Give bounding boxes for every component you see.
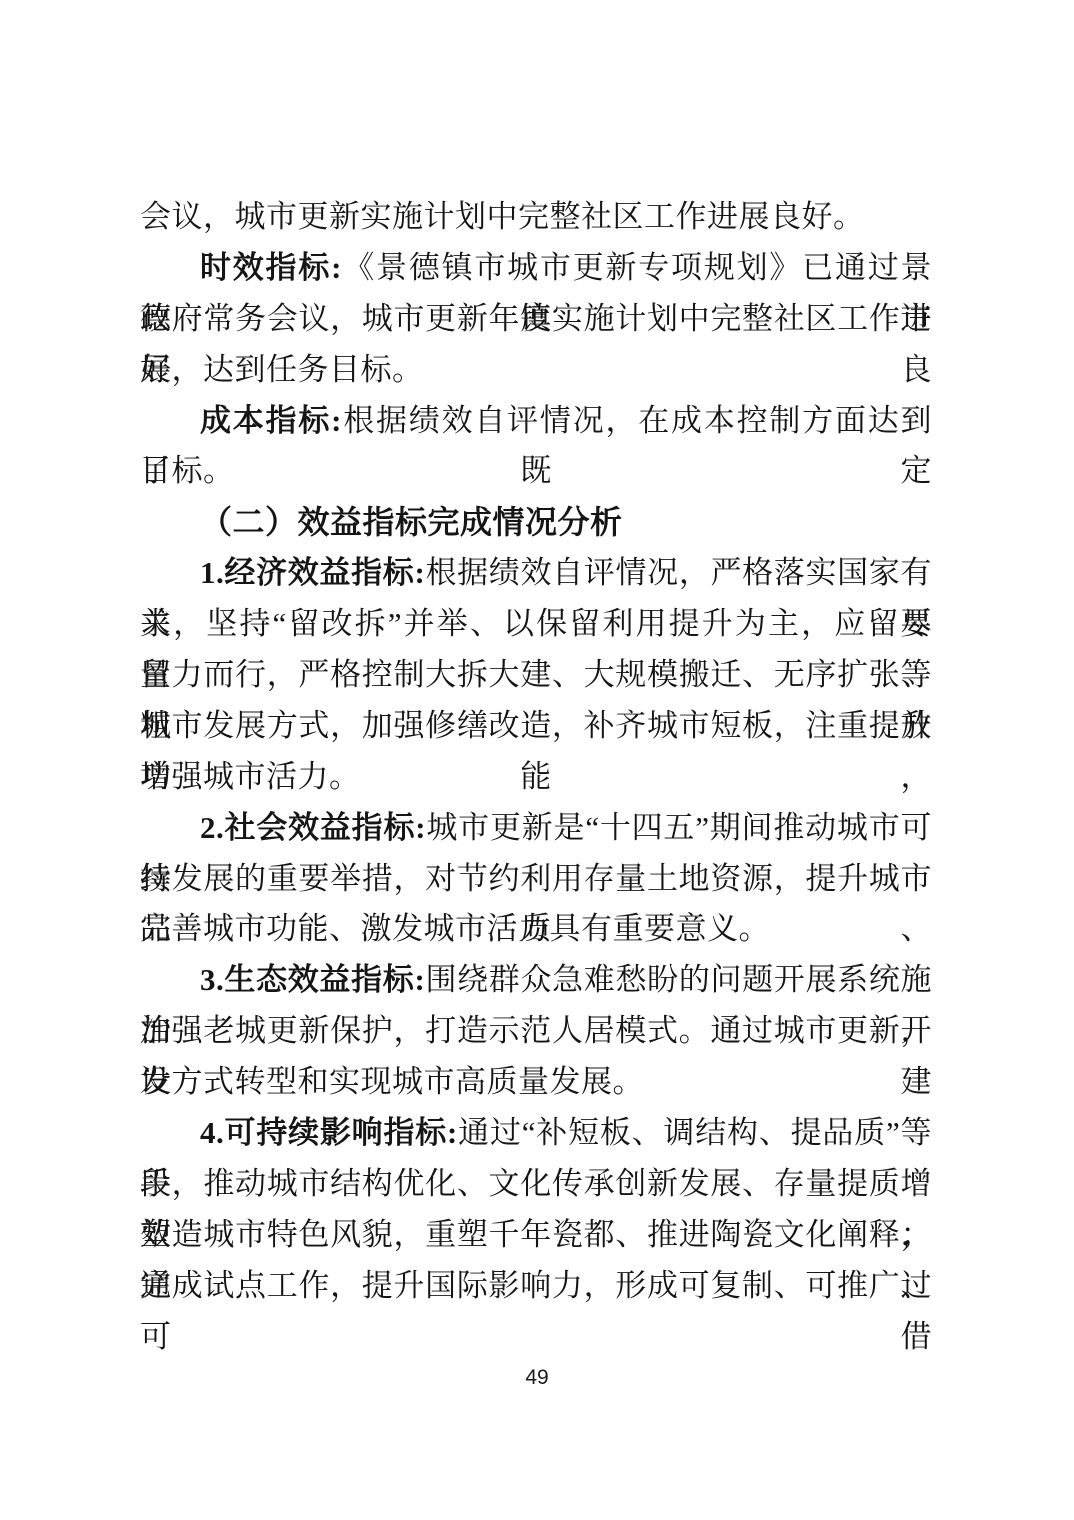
text-segment: 好，达到任务目标。 [140, 352, 424, 387]
text-line: 段，推动城市结构优化、文化传承创新发展、存量提质增效， [140, 1159, 932, 1210]
text-line: 4.可持续影响指标:通过“补短板、调结构、提品质”等手 [140, 1108, 932, 1159]
text-line: 1.经济效益指标:根据绩效自评情况，严格落实国家有关要 [140, 548, 932, 599]
text-line: 量力而行，严格控制大拆大建、大规模搬迁、无序扩张等粗放 [140, 650, 932, 701]
document-body: 会议，城市更新实施计划中完整社区工作进展良好。时效指标:《景德镇市城市更新专项规… [140, 192, 932, 1312]
text-line: 政府常务会议，城市更新年度实施计划中完整社区工作进展良 [140, 294, 932, 345]
page-number: 49 [0, 1366, 1074, 1390]
text-segment: 设方式转型和实现城市高质量发展。 [140, 1064, 644, 1099]
section-heading: （二）效益指标完成情况分析 [140, 497, 932, 548]
bold-label: 2.社会效益指标: [200, 810, 426, 845]
text-line: 城市发展方式，加强修缮改造，补齐城市短板，注重提升功能， [140, 701, 932, 752]
text-segment: 完善城市功能、激发城市活力具有重要意义。 [140, 911, 770, 946]
text-line: 3.生态效益指标:围绕群众急难愁盼的问题开展系统施治， [140, 955, 932, 1006]
text-line: 塑造城市特色风貌，重塑千年瓷都、推进陶瓷文化阐释；通过 [140, 1210, 932, 1261]
bold-label: 3.生态效益指标: [200, 962, 425, 997]
bold-label: 1.经济效益指标: [200, 555, 425, 590]
text-line: 求，坚持“留改拆”并举、以保留利用提升为主，应留尽留、 [140, 599, 932, 650]
text-line: 加强老城更新保护，打造示范人居模式。通过城市更新开发建 [140, 1006, 932, 1057]
bold-label: 时效指标: [200, 250, 342, 285]
document-page: 会议，城市更新实施计划中完整社区工作进展良好。时效指标:《景德镇市城市更新专项规… [0, 0, 1074, 1520]
text-segment: 增强城市活力。 [140, 759, 361, 794]
text-segment: 完成试点工作，提升国际影响力，形成可复制、可推广、可借 [140, 1268, 932, 1354]
text-line: 完成试点工作，提升国际影响力，形成可复制、可推广、可借 [140, 1261, 932, 1312]
text-line: 续发展的重要举措，对节约利用存量土地资源，提升城市品质、 [140, 854, 932, 905]
text-segment: 目标。 [140, 453, 235, 488]
bold-label: 4.可持续影响指标: [200, 1115, 458, 1150]
text-line: 会议，城市更新实施计划中完整社区工作进展良好。 [140, 192, 932, 243]
text-line: 时效指标:《景德镇市城市更新专项规划》已通过景德镇市 [140, 243, 932, 294]
bold-label: （二）效益指标完成情况分析 [200, 504, 623, 540]
text-line: 2.社会效益指标:城市更新是“十四五”期间推动城市可持 [140, 803, 932, 854]
text-segment: 会议，城市更新实施计划中完整社区工作进展良好。 [140, 199, 865, 234]
bold-label: 成本指标: [200, 403, 342, 438]
text-line: 成本指标:根据绩效自评情况，在成本控制方面达到了既定 [140, 396, 932, 447]
